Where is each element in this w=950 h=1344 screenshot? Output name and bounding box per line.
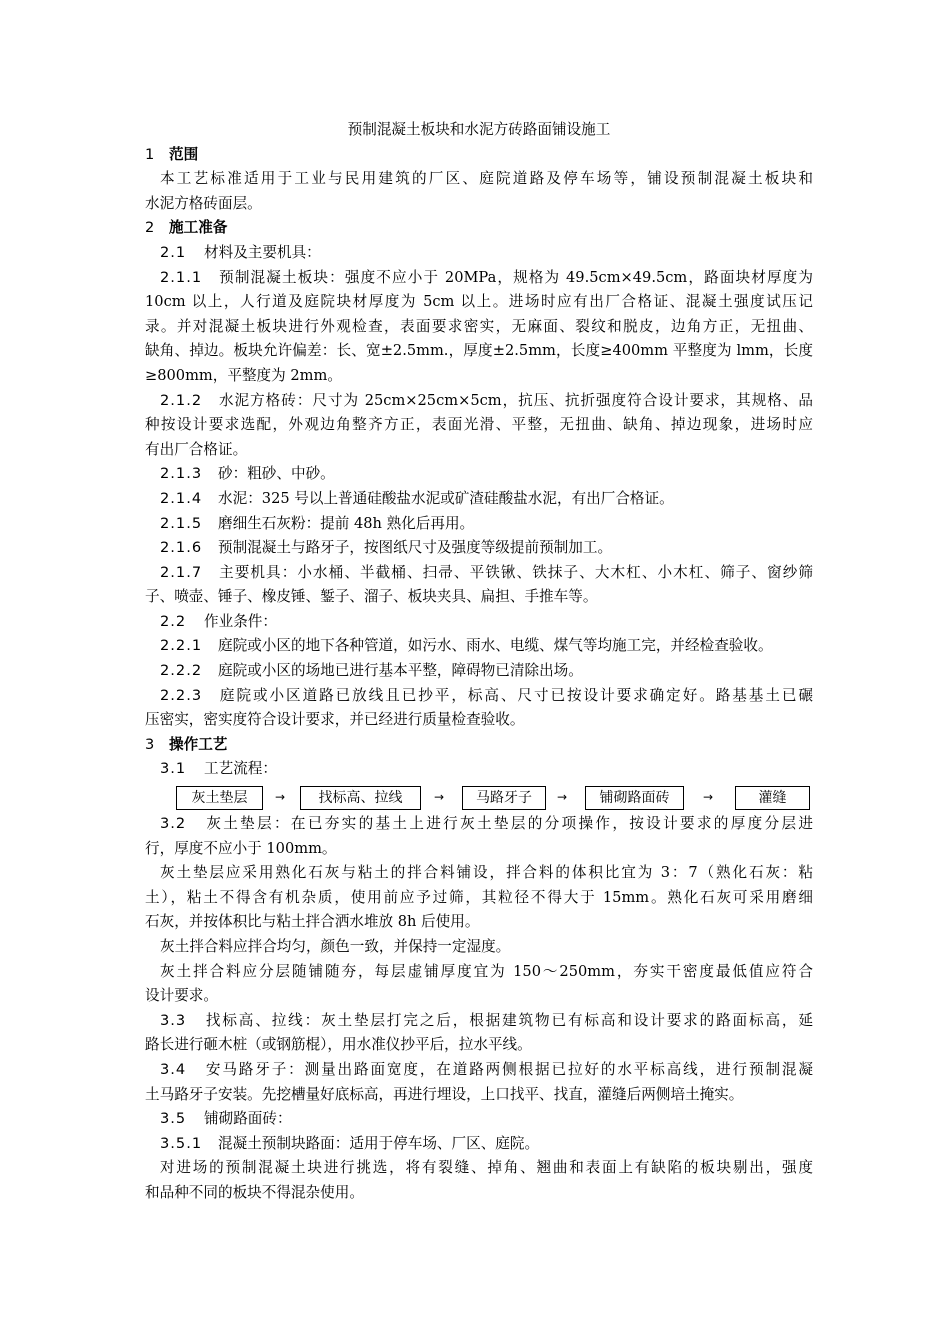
clause-3-1: 3.1工艺流程： [145,757,813,782]
clause-2-1-7: 2.1.7主要机具：小水桶、半截桶、扫帚、平铁锹、铁抹子、大木杠、小木杠、筛子、… [145,561,813,586]
paragraph-line: 灰土拌合料应拌合均匀，颜色一致，并保持一定湿度。 [145,935,813,960]
paragraph-line: 本工艺标准适用于工业与民用建筑的厂区、庭院道路及停车场等，铺设预制混凝土板块和 [145,167,813,192]
paragraph-line: 对进场的预制混凝土块进行挑选，将有裂缝、掉角、翘曲和表面上有缺陷的板块剔出，强度 [145,1156,813,1181]
clause-2-2-2: 2.2.2庭院或小区的场地已进行基本平整，障碍物已清除出场。 [145,659,813,684]
clause-text: 预制混凝土与路牙子，按图纸尺寸及强度等级提前预制加工。 [218,539,612,556]
section-number: 1 [145,143,169,168]
clause-number: 2.2.1 [160,634,218,659]
arrow-right-icon: → [703,786,713,808]
paragraph-line: 录。并对混凝土板块进行外观检查，表面要求密实，无麻面、裂纹和脱皮，边角方正，无扭… [145,315,813,340]
clause-text: 工艺流程： [204,760,277,777]
document-title: 预制混凝土板块和水泥方砖路面铺设施工 [145,118,813,143]
section-heading-3: 3操作工艺 [145,733,813,758]
clause-3-4: 3.4安马路牙子：测量出路面宽度，在道路两侧根据已拉好的水平标高线，进行预制混凝 [145,1058,813,1083]
arrow-right-icon: → [434,786,444,808]
section-title: 操作工艺 [169,736,227,753]
paragraph-line: 行，厚度不应小于 100mm。 [145,837,813,862]
paragraph-line: 10cm 以上，人行道及庭院块材厚度为 5cm 以上。进场时应有出厂合格证、混凝… [145,290,813,315]
clause-3-5: 3.5铺砌路面砖： [145,1107,813,1132]
clause-2-2: 2.2作业条件： [145,610,813,635]
clause-number: 2.1.6 [160,536,218,561]
clause-text: 庭院或小区道路已放线且已抄平，标高、尺寸已按设计要求确定好。路基基土已碾 [218,687,813,704]
clause-number: 3.5 [160,1107,204,1132]
flow-step-4: 铺砌路面砖 [585,786,684,810]
arrow-right-icon: → [557,786,567,808]
paragraph-line: 土马路牙子安装。先挖槽量好底标高，再进行埋设，上口找平、找直，灌缝后两侧培土掩实… [145,1083,813,1108]
clause-number: 2.1.7 [160,561,218,586]
clause-2-1-4: 2.1.4水泥：325 号以上普通硅酸盐水泥或矿渣硅酸盐水泥，有出厂合格证。 [145,487,813,512]
arrow-right-icon: → [275,786,285,808]
clause-number: 2.2 [160,610,204,635]
clause-number: 2.1.3 [160,462,218,487]
clause-number: 2.1 [160,241,204,266]
clause-text: 混凝土预制块路面：适用于停车场、厂区、庭院。 [218,1135,539,1152]
clause-3-2: 3.2灰土垫层：在已夯实的基土上进行灰土垫层的分项操作，按设计要求的厚度分层进 [145,812,813,837]
clause-number: 2.2.2 [160,659,218,684]
clause-number: 2.1.1 [160,266,218,291]
clause-text: 作业条件： [204,613,277,630]
section-number: 3 [145,733,169,758]
clause-text: 预制混凝土板块：强度不应小于 20MPa，规格为 49.5cm×49.5cm，路… [218,269,813,286]
clause-number: 2.2.3 [160,684,218,709]
clause-text: 主要机具：小水桶、半截桶、扫帚、平铁锹、铁抹子、大木杠、小木杠、筛子、窗纱筛 [218,564,813,581]
paragraph-line: 有出厂合格证。 [145,438,813,463]
section-title: 范围 [169,146,198,163]
paragraph-line: 设计要求。 [145,984,813,1009]
clause-text: 安马路牙子：测量出路面宽度，在道路两侧根据已拉好的水平标高线，进行预制混凝 [204,1061,813,1078]
clause-2-1-3: 2.1.3砂：粗砂、中砂。 [145,462,813,487]
clause-text: 铺砌路面砖： [204,1110,292,1127]
clause-number: 3.1 [160,757,204,782]
clause-number: 2.1.2 [160,389,218,414]
clause-2-2-3: 2.2.3庭院或小区道路已放线且已抄平，标高、尺寸已按设计要求确定好。路基基土已… [145,684,813,709]
clause-3-5-1: 3.5.1混凝土预制块路面：适用于停车场、厂区、庭院。 [145,1132,813,1157]
section-title: 施工准备 [169,219,227,236]
clause-number: 3.4 [160,1058,204,1083]
flow-step-3: 马路牙子 [462,786,546,810]
paragraph-line: 子、喷壶、锤子、橡皮锤、錾子、溜子、板块夹具、扁担、手推车等。 [145,585,813,610]
paragraph-line: 压密实，密实度符合设计要求，并已经进行质量检查验收。 [145,708,813,733]
clause-2-1-5: 2.1.5磨细生石灰粉：提前 48h 熟化后再用。 [145,512,813,537]
clause-number: 3.2 [160,812,204,837]
clause-text: 磨细生石灰粉：提前 48h 熟化后再用。 [218,515,474,532]
section-heading-2: 2施工准备 [145,216,813,241]
clause-2-1: 2.1材料及主要机具： [145,241,813,266]
paragraph-line: 灰土拌合料应分层随铺随夯，每层虚铺厚度宜为 150～250mm，夯实干密度最低值… [145,960,813,985]
clause-text: 水泥方格砖：尺寸为 25cm×25cm×5cm，抗压、抗折强度符合设计要求，其规… [218,392,813,409]
paragraph-line: 路长进行砸木桩（或钢筋棍），用水准仪抄平后，拉水平线。 [145,1033,813,1058]
clause-text: 灰土垫层：在已夯实的基土上进行灰土垫层的分项操作，按设计要求的厚度分层进 [204,815,813,832]
paragraph-line: 石灰，并按体积比与粘土拌合洒水堆放 8h 后使用。 [145,910,813,935]
section-number: 2 [145,216,169,241]
clause-text: 庭院或小区的地下各种管道，如污水、雨水、电缆、煤气等均施工完，并经检查验收。 [218,637,773,654]
clause-text: 找标高、拉线：灰土垫层打完之后，根据建筑物已有标高和设计要求的路面标高，延 [204,1012,813,1029]
clause-number: 2.1.4 [160,487,218,512]
clause-number: 2.1.5 [160,512,218,537]
paragraph-line: 种按设计要求选配，外观边角整齐方正，表面光滑、平整，无扭曲、缺角、掉边现象，进场… [145,413,813,438]
document-page: 预制混凝土板块和水泥方砖路面铺设施工 1范围 本工艺标准适用于工业与民用建筑的厂… [145,118,813,1206]
clause-2-1-6: 2.1.6预制混凝土与路牙子，按图纸尺寸及强度等级提前预制加工。 [145,536,813,561]
clause-2-2-1: 2.2.1庭院或小区的地下各种管道，如污水、雨水、电缆、煤气等均施工完，并经检查… [145,634,813,659]
clause-2-1-2: 2.1.2水泥方格砖：尺寸为 25cm×25cm×5cm，抗压、抗折强度符合设计… [145,389,813,414]
clause-number: 3.3 [160,1009,204,1034]
flow-step-2: 找标高、拉线 [300,786,421,810]
paragraph-line: 水泥方格砖面层。 [145,192,813,217]
clause-text: 水泥：325 号以上普通硅酸盐水泥或矿渣硅酸盐水泥，有出厂合格证。 [218,490,674,507]
section-heading-1: 1范围 [145,143,813,168]
paragraph-line: 和品种不同的板块不得混杂使用。 [145,1181,813,1206]
clause-2-1-1: 2.1.1预制混凝土板块：强度不应小于 20MPa，规格为 49.5cm×49.… [145,266,813,291]
paragraph-line: 缺角、掉边。板块允许偏差：长、宽±2.5mm.，厚度±2.5mm，长度≥400m… [145,339,813,364]
paragraph-line: 土），粘土不得含有机杂质，使用前应予过筛，其粒径不得大于 15mm。熟化石灰可采… [145,886,813,911]
clause-3-3: 3.3找标高、拉线：灰土垫层打完之后，根据建筑物已有标高和设计要求的路面标高，延 [145,1009,813,1034]
paragraph-line: ≥800mm，平整度为 2mm。 [145,364,813,389]
clause-text: 材料及主要机具： [204,244,321,261]
flow-step-1: 灰土垫层 [176,786,263,810]
process-flowchart: 灰土垫层 → 找标高、拉线 → 马路牙子 → 铺砌路面砖 → 灌缝 [145,782,813,812]
clause-text: 庭院或小区的场地已进行基本平整，障碍物已清除出场。 [218,662,583,679]
paragraph-line: 灰土垫层应采用熟化石灰与粘土的拌合料铺设，拌合料的体积比宜为 3：7（熟化石灰：… [145,861,813,886]
clause-number: 3.5.1 [160,1132,218,1157]
clause-text: 砂：粗砂、中砂。 [218,465,335,482]
flow-step-5: 灌缝 [735,786,810,810]
